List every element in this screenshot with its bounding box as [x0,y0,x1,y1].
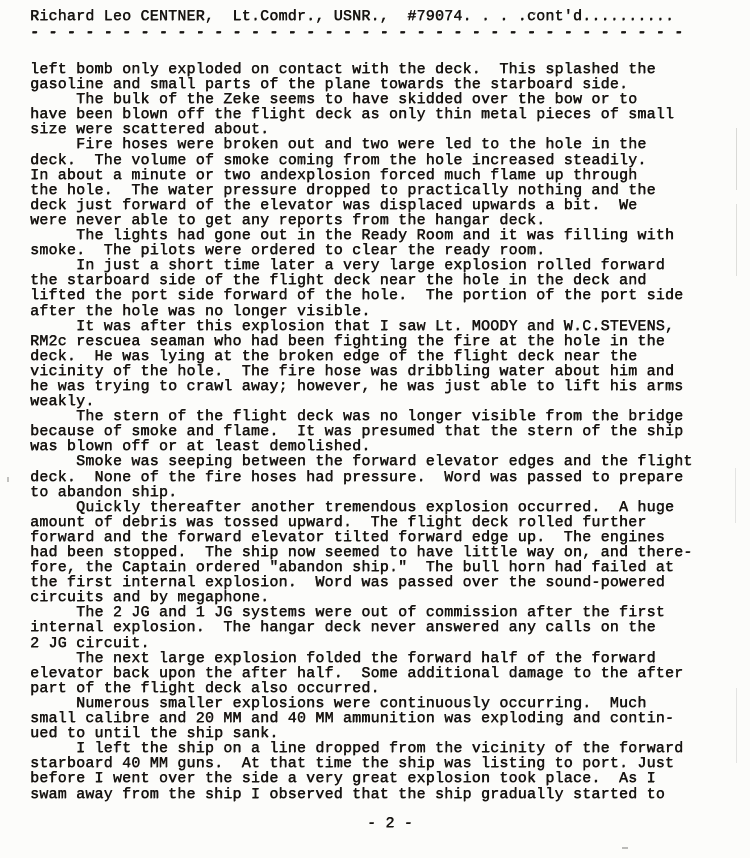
scan-artifact [736,128,737,190]
text-line: elevator back upon the after half. Some … [30,666,750,681]
text-line: forward and the forward elevator tilted … [30,530,750,545]
text-line: have been blown off the flight deck as o… [30,107,750,122]
text-line: deck. He was lying at the broken edge of… [30,349,750,364]
text-line: the hole. The water pressure dropped to … [30,183,750,198]
text-line: deck just forward of the elevator was di… [30,198,750,213]
scan-artifact [533,12,536,14]
text-line: the first internal explosion. Word was p… [30,575,750,590]
text-line: In about a minute or two andexplosion fo… [30,168,750,183]
text-line: Quickly thereafter another tremendous ex… [30,500,750,515]
text-line: In just a short time later a very large … [30,258,750,273]
text-line: circuits and by megaphone. [30,590,750,605]
text-line: were never able to get any reports from … [30,213,750,228]
text-line: size were scattered about. [30,122,750,137]
text-line: Fire hoses were broken out and two were … [30,137,750,152]
scan-artifact [7,477,9,482]
text-line: he was trying to crawl away; however, he… [30,379,750,394]
text-line: The lights had gone out in the Ready Roo… [30,228,750,243]
text-line: fore, the Captain ordered "abandon ship.… [30,560,750,575]
text-line: swam away from the ship I observed that … [30,787,750,802]
text-line: ued to until the ship sank. [30,726,750,741]
text-line: RM2c rescuea seaman who had been fightin… [30,334,750,349]
text-line: The next large explosion folded the forw… [30,651,750,666]
text-line: before I went over the side a very great… [30,771,750,786]
text-line: vicinity of the hole. The fire hose was … [30,364,750,379]
text-line: The 2 JG and 1 JG systems were out of co… [30,605,750,620]
text-line: because of smoke and flame. It was presu… [30,424,750,439]
text-line: was blown off or at least demolished. [30,439,750,454]
text-line: Smoke was seeping between the forward el… [30,454,750,469]
document-page: Richard Leo CENTNER, Lt.Comdr., USNR., #… [0,0,750,858]
scan-artifact [736,204,737,276]
text-line: gasoline and small parts of the plane to… [30,77,750,92]
text-line: I left the ship on a line dropped from t… [30,741,750,756]
scan-artifact [735,468,736,523]
page-header: Richard Leo CENTNER, Lt.Comdr., USNR., #… [30,9,750,25]
document-body: left bomb only exploded on contact with … [30,62,750,802]
text-line: small calibre and 20 MM and 40 MM ammuni… [30,711,750,726]
text-line: deck. The volume of smoke coming from th… [30,153,750,168]
text-line: The bulk of the Zeke seems to have skidd… [30,92,750,107]
text-line: amount of debris was tossed upward. The … [30,515,750,530]
text-line: had been stopped. The ship now seemed to… [30,545,750,560]
header-separator: - - - - - - - - - - - - - - - - - - - - … [30,26,750,40]
text-line: The stern of the flight deck was no long… [30,409,750,424]
text-line: It was after this explosion that I saw L… [30,319,750,334]
text-line: the starboard side of the flight deck ne… [30,273,750,288]
scan-artifact [736,688,737,763]
page-number: - 2 - [30,816,750,832]
text-line: lifted the port side forward of the hole… [30,288,750,303]
text-line: after the hole was no longer visible. [30,304,750,319]
scan-artifact [622,847,628,849]
text-line: deck. None of the fire hoses had pressur… [30,470,750,485]
text-line: left bomb only exploded on contact with … [30,62,750,77]
text-line: smoke. The pilots were ordered to clear … [30,243,750,258]
text-line: Numerous smaller explosions were continu… [30,696,750,711]
text-line: to abandon ship. [30,485,750,500]
text-line: weakly. [30,394,750,409]
text-line: part of the flight deck also occurred. [30,681,750,696]
text-line: internal explosion. The hangar deck neve… [30,620,750,635]
text-line: starboard 40 MM guns. At that time the s… [30,756,750,771]
text-line: 2 JG circuit. [30,636,750,651]
